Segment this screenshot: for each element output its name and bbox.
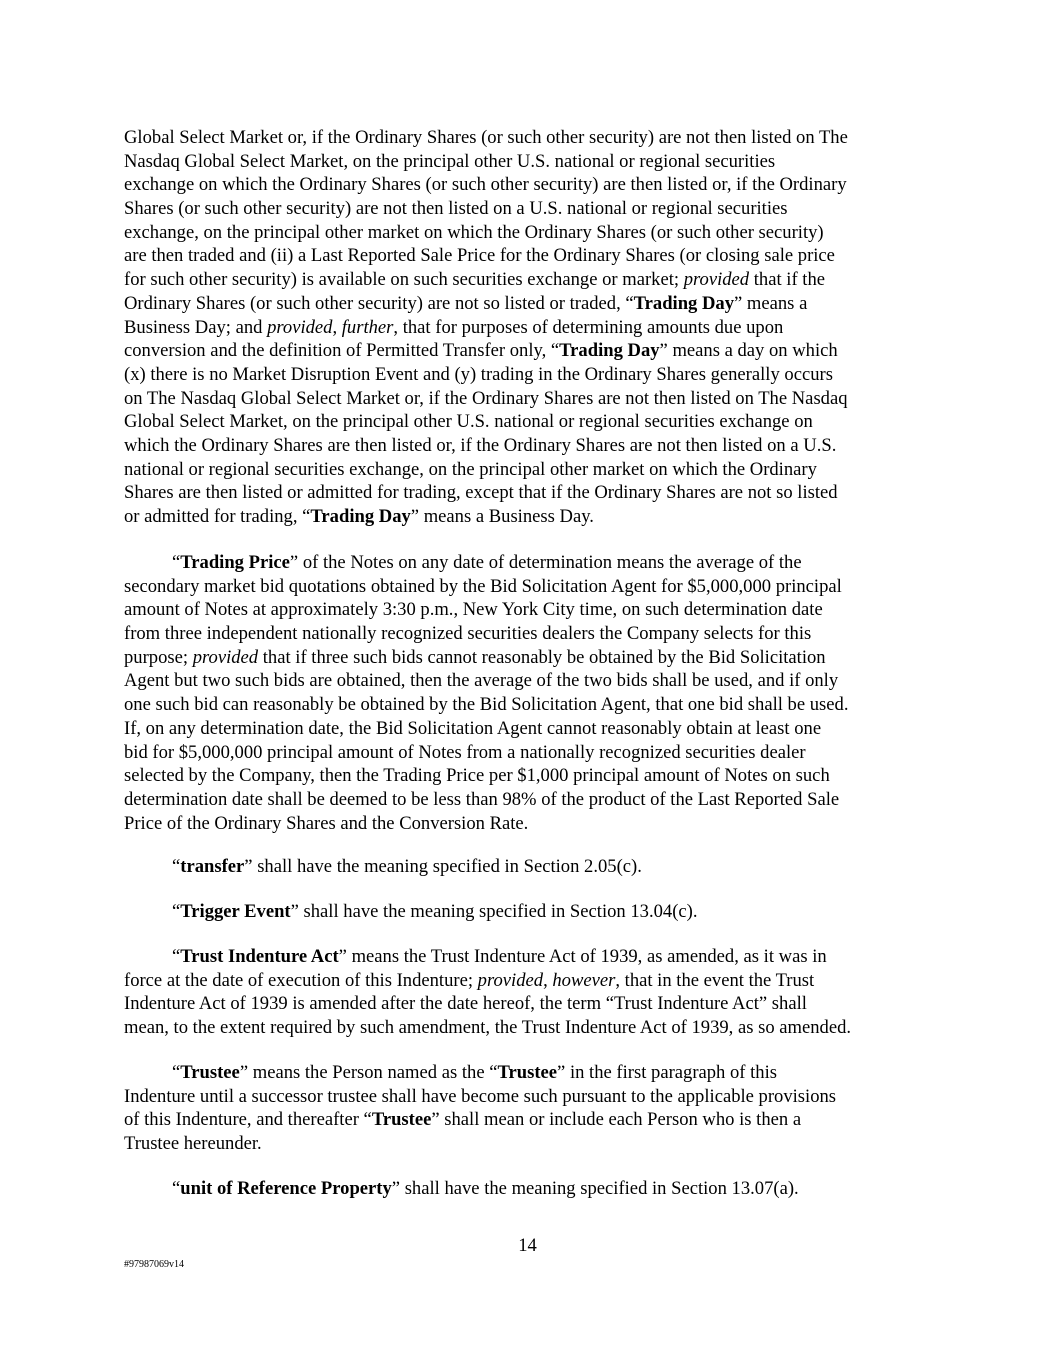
text-line: Shares are then listed or admitted for t… — [124, 481, 944, 505]
defined-term: Trading Day — [310, 506, 410, 527]
body-text: ” means the Trust Indenture Act of 1939,… — [339, 946, 827, 967]
text-line: selected by the Company, then the Tradin… — [124, 764, 944, 788]
text-line: “Trading Price” of the Notes on any date… — [124, 551, 944, 575]
body-text: mean, to the extent required by such ame… — [124, 1017, 851, 1038]
text-line: from three independent nationally recogn… — [124, 622, 944, 646]
text-line: are then traded and (ii) a Last Reported… — [124, 244, 944, 268]
defined-term: Trust Indenture Act — [180, 946, 338, 967]
text-line: purpose; provided that if three such bid… — [124, 646, 944, 670]
text-line: conversion and the definition of Permitt… — [124, 339, 944, 363]
paragraph-trigger-event: “Trigger Event” shall have the meaning s… — [124, 900, 944, 924]
text-line: “Trust Indenture Act” means the Trust In… — [124, 945, 944, 969]
body-text: secondary market bid quotations obtained… — [124, 576, 842, 597]
body-text: , — [332, 317, 341, 338]
text-line: Global Select Market or, if the Ordinary… — [124, 126, 944, 150]
body-text: ” means a day on which — [660, 340, 838, 361]
paragraph-unit-of-reference-property: “unit of Reference Property” shall have … — [124, 1177, 944, 1201]
text-line: “transfer” shall have the meaning specif… — [124, 855, 944, 879]
paragraph-transfer: “transfer” shall have the meaning specif… — [124, 855, 944, 879]
text-line: determination date shall be deemed to be… — [124, 788, 944, 812]
emphasis-text: provided — [193, 647, 258, 668]
defined-term: Trustee — [180, 1062, 240, 1083]
text-line: Indenture Act of 1939 is amended after t… — [124, 992, 944, 1016]
emphasis-text: provided — [478, 970, 543, 991]
paragraph-trust-indenture-act: “Trust Indenture Act” means the Trust In… — [124, 945, 944, 1040]
body-text: , that in the event the Trust — [615, 970, 814, 991]
body-text: Nasdaq Global Select Market, on the prin… — [124, 151, 775, 172]
body-text: Agent but two such bids are obtained, th… — [124, 670, 838, 691]
text-line: amount of Notes at approximately 3:30 p.… — [124, 598, 944, 622]
body-text: purpose; — [124, 647, 193, 668]
body-text: that if three such bids cannot reasonabl… — [258, 647, 826, 668]
defined-term: transfer — [180, 856, 244, 877]
body-text: ” shall have the meaning specified in Se… — [291, 901, 698, 922]
body-text: force at the date of execution of this I… — [124, 970, 478, 991]
body-text: Indenture Act of 1939 is amended after t… — [124, 993, 807, 1014]
text-line: exchange, on the principal other market … — [124, 221, 944, 245]
body-text: Global Select Market or, if the Ordinary… — [124, 127, 848, 148]
body-text: (x) there is no Market Disruption Event … — [124, 364, 833, 385]
text-line: Business Day; and provided, further, tha… — [124, 316, 944, 340]
body-text: determination date shall be deemed to be… — [124, 789, 839, 810]
body-text: ” means a Business Day. — [411, 506, 594, 527]
text-line: or admitted for trading, “Trading Day” m… — [124, 505, 944, 529]
body-text: national or regional securities exchange… — [124, 459, 817, 480]
emphasis-text: further — [342, 317, 394, 338]
defined-term: unit of Reference Property — [180, 1178, 392, 1199]
body-text: amount of Notes at approximately 3:30 p.… — [124, 599, 823, 620]
body-text: Shares are then listed or admitted for t… — [124, 482, 838, 503]
body-text: one such bid can reasonably be obtained … — [124, 694, 848, 715]
emphasis-text: provided — [684, 269, 749, 290]
defined-term: Trading Price — [180, 552, 290, 573]
body-text: ” means the Person named as the “ — [240, 1062, 498, 1083]
text-line: exchange on which the Ordinary Shares (o… — [124, 173, 944, 197]
emphasis-text: provided — [267, 317, 332, 338]
body-text: Trustee hereunder. — [124, 1133, 262, 1154]
text-line: for such other security) is available on… — [124, 268, 944, 292]
text-line: Agent but two such bids are obtained, th… — [124, 669, 944, 693]
body-text: that if the — [749, 269, 825, 290]
body-text: which the Ordinary Shares are then liste… — [124, 435, 836, 456]
body-text: ” shall have the meaning specified in Se… — [244, 856, 642, 877]
text-line: Indenture until a successor trustee shal… — [124, 1085, 944, 1109]
body-text: ” in the first paragraph of this — [557, 1062, 777, 1083]
text-line: If, on any determination date, the Bid S… — [124, 717, 944, 741]
body-text: Global Select Market, on the principal o… — [124, 411, 813, 432]
defined-term: Trustee — [372, 1109, 432, 1130]
emphasis-text: however — [552, 970, 615, 991]
text-line: mean, to the extent required by such ame… — [124, 1016, 944, 1040]
text-line: “unit of Reference Property” shall have … — [124, 1177, 944, 1201]
body-text: selected by the Company, then the Tradin… — [124, 765, 830, 786]
text-line: one such bid can reasonably be obtained … — [124, 693, 944, 717]
text-line: secondary market bid quotations obtained… — [124, 575, 944, 599]
body-text: Ordinary Shares (or such other security)… — [124, 293, 634, 314]
text-line: national or regional securities exchange… — [124, 458, 944, 482]
body-text: exchange on which the Ordinary Shares (o… — [124, 174, 847, 195]
page-number: 14 — [0, 1235, 1055, 1257]
body-text: Price of the Ordinary Shares and the Con… — [124, 813, 528, 834]
body-text: ” means a — [734, 293, 807, 314]
defined-term: Trustee — [497, 1062, 557, 1083]
body-text: If, on any determination date, the Bid S… — [124, 718, 821, 739]
body-text: are then traded and (ii) a Last Reported… — [124, 245, 835, 266]
body-text: exchange, on the principal other market … — [124, 222, 824, 243]
body-text: Business Day; and — [124, 317, 267, 338]
body-text: for such other security) is available on… — [124, 269, 684, 290]
text-line: “Trigger Event” shall have the meaning s… — [124, 900, 944, 924]
paragraph-trustee: “Trustee” means the Person named as the … — [124, 1061, 944, 1156]
body-text: , — [543, 970, 552, 991]
body-text: ” of the Notes on any date of determinat… — [290, 552, 802, 573]
defined-term: Trading Day — [559, 340, 659, 361]
body-text: , that for purposes of determining amoun… — [393, 317, 783, 338]
text-line: bid for $5,000,000 principal amount of N… — [124, 741, 944, 765]
paragraph-trading-day-continued: Global Select Market or, if the Ordinary… — [124, 126, 944, 529]
body-text: of this Indenture, and thereafter “ — [124, 1109, 372, 1130]
text-line: “Trustee” means the Person named as the … — [124, 1061, 944, 1085]
body-text: or admitted for trading, “ — [124, 506, 310, 527]
text-line: which the Ordinary Shares are then liste… — [124, 434, 944, 458]
body-text: ” shall mean or include each Person who … — [431, 1109, 801, 1130]
text-line: Price of the Ordinary Shares and the Con… — [124, 812, 944, 836]
body-text: bid for $5,000,000 principal amount of N… — [124, 742, 806, 763]
text-line: Ordinary Shares (or such other security)… — [124, 292, 944, 316]
defined-term: Trading Day — [634, 293, 734, 314]
text-line: Global Select Market, on the principal o… — [124, 410, 944, 434]
text-line: Shares (or such other security) are not … — [124, 197, 944, 221]
text-line: Nasdaq Global Select Market, on the prin… — [124, 150, 944, 174]
body-text: Shares (or such other security) are not … — [124, 198, 788, 219]
body-text: conversion and the definition of Permitt… — [124, 340, 559, 361]
document-id: #97987069v14 — [124, 1259, 184, 1270]
body-text: Indenture until a successor trustee shal… — [124, 1086, 836, 1107]
text-line: Trustee hereunder. — [124, 1132, 944, 1156]
text-line: on The Nasdaq Global Select Market or, i… — [124, 387, 944, 411]
text-line: force at the date of execution of this I… — [124, 969, 944, 993]
body-text: on The Nasdaq Global Select Market or, i… — [124, 388, 848, 409]
body-text: from three independent nationally recogn… — [124, 623, 811, 644]
document-page: Global Select Market or, if the Ordinary… — [0, 0, 1055, 1365]
body-text: ” shall have the meaning specified in Se… — [392, 1178, 799, 1199]
text-line: of this Indenture, and thereafter “Trust… — [124, 1108, 944, 1132]
text-line: (x) there is no Market Disruption Event … — [124, 363, 944, 387]
defined-term: Trigger Event — [180, 901, 290, 922]
paragraph-trading-price: “Trading Price” of the Notes on any date… — [124, 551, 944, 835]
